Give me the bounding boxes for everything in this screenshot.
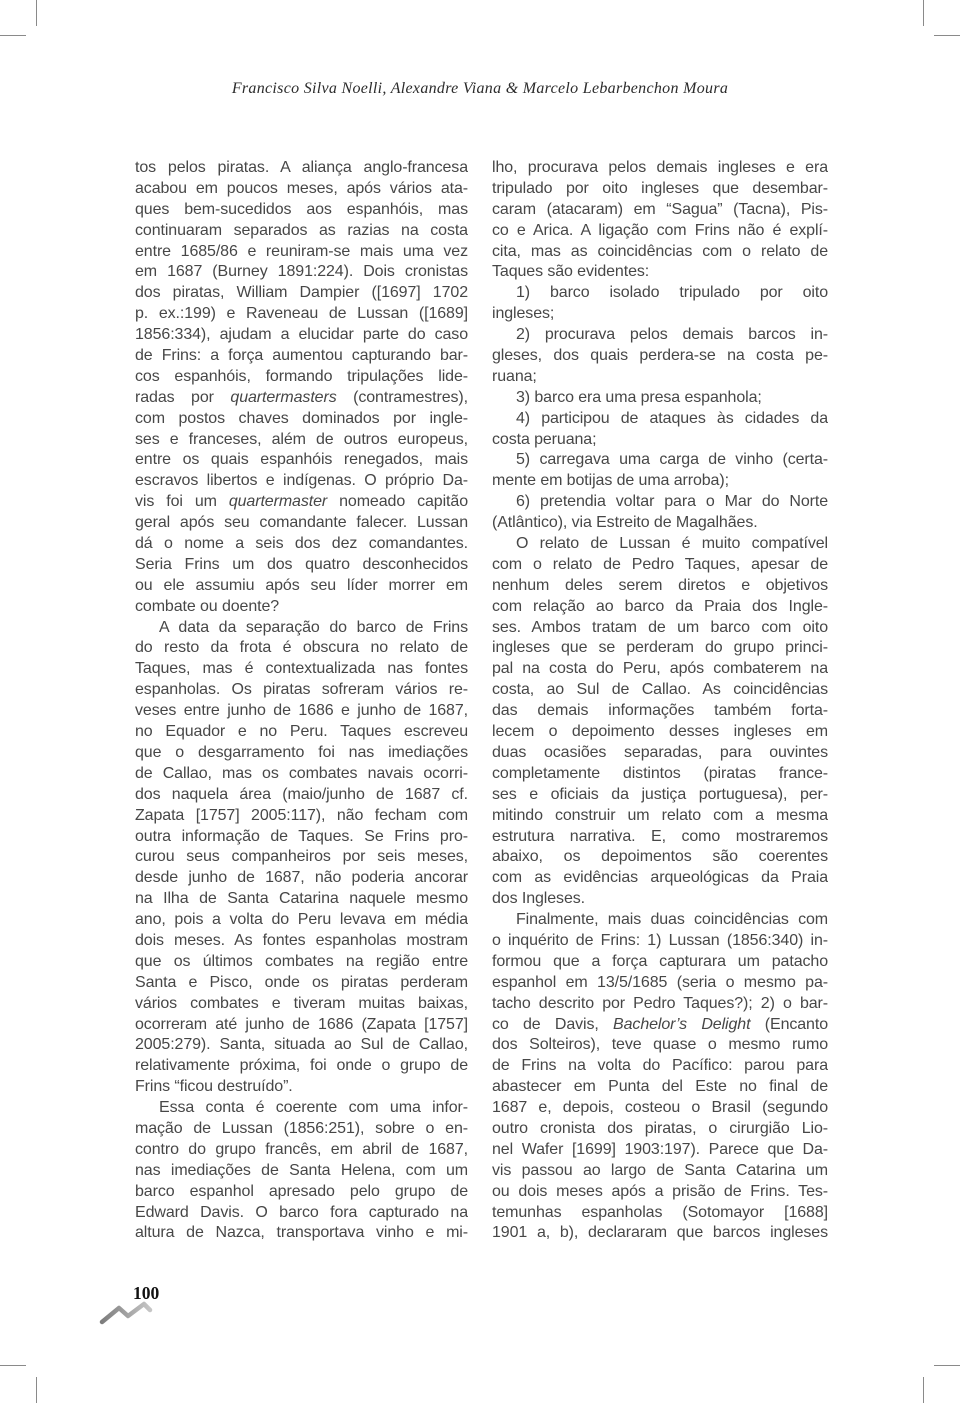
- text-line: estrutura narrativa. E, como mostraremos: [492, 827, 828, 848]
- text-line: relativamente próxima, foi onde o grupo …: [135, 1056, 468, 1077]
- text-line: continuaram separados as razias na costa: [135, 221, 468, 242]
- text-line: ou dois meses após a prisão de Frins. Te…: [492, 1182, 828, 1203]
- text-line: com o relato de Pedro Taques, apesar de: [492, 555, 828, 576]
- text-line: com as evidências arqueológicas da Praia: [492, 868, 828, 889]
- text-line: Essa conta é coerente com uma infor-: [135, 1098, 468, 1119]
- text-line: dá o nome a seis dos dez comandantes.: [135, 534, 468, 555]
- text-line: gleses, dos quais perdera-se na costa pe…: [492, 346, 828, 367]
- text-line: ingleses que se perderam do grupo princi…: [492, 638, 828, 659]
- text-line: costa peruana;: [492, 430, 828, 451]
- text-line: ou ele assumiu após seu líder morrer em: [135, 576, 468, 597]
- text-line: mitindo construir um relato com a mesma: [492, 806, 828, 827]
- crop-mark-top-left-horizontal: [0, 35, 26, 36]
- text-line: Taques, mas é contextualizada nas fontes: [135, 659, 468, 680]
- text-line: ques bem-sucedidos aos espanhóis, mas: [135, 200, 468, 221]
- text-line: ruana;: [492, 367, 828, 388]
- text-line: formou que a força capturara um patacho: [492, 952, 828, 973]
- text-line: desde junho de 1687, não poderia ancorar: [135, 868, 468, 889]
- text-line: completamente distintos (piratas france-: [492, 764, 828, 785]
- text-line: Edward Davis. O barco fora capturado na: [135, 1203, 468, 1224]
- crop-mark-top-right-vertical: [923, 0, 924, 26]
- text-line: dois meses. As fontes espanholas mostram: [135, 931, 468, 952]
- text-line: vários combates e tiveram muitas baixas,: [135, 994, 468, 1015]
- text-line: nas imediações de Santa Helena, com um: [135, 1161, 468, 1182]
- crop-mark-bottom-left-horizontal: [0, 1365, 26, 1366]
- text-line: Seria Frins um dos quatro desconhecidos: [135, 555, 468, 576]
- page-number: 100: [133, 1283, 159, 1304]
- text-line: que o desgarramento foi nas imediações: [135, 743, 468, 764]
- text-line: duas ocasiões separadas, para ouvintes: [492, 743, 828, 764]
- text-line: acabou em poucos meses, após vários ata-: [135, 179, 468, 200]
- text-line: curou seus companheiros por seis meses,: [135, 847, 468, 868]
- text-line: 1901 a, b), declararam que barcos ingles…: [492, 1223, 828, 1244]
- text-line: pal na costa do Peru, após combaterem na: [492, 659, 828, 680]
- text-line: escravos libertos e indígenas. O próprio…: [135, 471, 468, 492]
- text-line: vis foi um quartermaster nomeado capitão: [135, 492, 468, 513]
- text-line: abastecer em Punta del Este no final de: [492, 1077, 828, 1098]
- text-line: lecem o depoimento desses ingleses em: [492, 722, 828, 743]
- crop-mark-bottom-left-vertical: [36, 1377, 37, 1403]
- text-line: O relato de Lussan é muito compatível: [492, 534, 828, 555]
- text-line: co e Arica. A ligação com Frins não é ex…: [492, 221, 828, 242]
- crop-mark-bottom-right-horizontal: [934, 1365, 960, 1366]
- text-line: 1687 e, depois, costeou o Brasil (segund…: [492, 1098, 828, 1119]
- crop-mark-bottom-right-vertical: [923, 1377, 924, 1403]
- text-line: altura de Nazca, transportava vinho e mi…: [135, 1223, 468, 1244]
- text-line: o inquérito de Frins: 1) Lussan (1856:34…: [492, 931, 828, 952]
- text-line: 3) barco era uma presa espanhola;: [492, 388, 828, 409]
- text-line: dos naquela área (maio/junho de 1687 cf.: [135, 785, 468, 806]
- text-line: co de Davis, Bachelor’s Delight (Encanto: [492, 1015, 828, 1036]
- text-line: barco espanhol apresado pelo grupo de: [135, 1182, 468, 1203]
- text-line: mente em botijas de uma arroba);: [492, 471, 828, 492]
- text-line: ingleses;: [492, 304, 828, 325]
- text-line: dos piratas, William Dampier ([1697] 170…: [135, 283, 468, 304]
- text-line: Frins “ficou destruído”.: [135, 1077, 468, 1098]
- text-line: de Frins: a força aumentou capturando ba…: [135, 346, 468, 367]
- text-line: 4) participou de ataques às cidades da: [492, 409, 828, 430]
- text-line: Santa e Pisco, onde os piratas perderam: [135, 973, 468, 994]
- page: Francisco Silva Noelli, Alexandre Viana …: [0, 0, 960, 1403]
- text-line: vis passou ao largo de Santa Catarina um: [492, 1161, 828, 1182]
- text-line: p. ex.:199) e Raveneau de Lussan ([1689]: [135, 304, 468, 325]
- right-column: lho, procurava pelos demais ingleses e e…: [492, 158, 828, 1244]
- text-line: cita, mas as coincidências com o relato …: [492, 242, 828, 263]
- text-line: geral após seu comandante falecer. Lussa…: [135, 513, 468, 534]
- text-line: 2005:279). Santa, situada ao Sul de Call…: [135, 1035, 468, 1056]
- text-line: (Atlântico), via Estreito de Magalhães.: [492, 513, 828, 534]
- text-line: no Equador e no Peru. Taques escreveu: [135, 722, 468, 743]
- crop-mark-top-left-vertical: [36, 0, 37, 26]
- text-line: A data da separação do barco de Frins: [135, 618, 468, 639]
- text-line: 1856:334), ajudam a elucidar parte do ca…: [135, 325, 468, 346]
- text-line: 1) barco isolado tripulado por oito: [492, 283, 828, 304]
- text-line: tos pelos piratas. A aliança anglo-franc…: [135, 158, 468, 179]
- text-line: com relação ao barco da Praia dos Ingle-: [492, 597, 828, 618]
- text-line: com postos chaves dominados por ingle-: [135, 409, 468, 430]
- authors-header: Francisco Silva Noelli, Alexandre Viana …: [0, 80, 960, 98]
- crop-mark-top-right-horizontal: [934, 35, 960, 36]
- text-line: ocorreram até junho de 1686 (Zapata [175…: [135, 1015, 468, 1036]
- text-line: 6) pretendia voltar para o Mar do Norte: [492, 492, 828, 513]
- text-line: outro cronista dos piratas, o cirurgião …: [492, 1119, 828, 1140]
- text-line: Taques são evidentes:: [492, 262, 828, 283]
- text-line: na Ilha de Santa Catarina naquele mesmo: [135, 889, 468, 910]
- text-line: espanholas. Os piratas sofreram vários r…: [135, 680, 468, 701]
- text-line: do resto da frota é obscura no relato de: [135, 638, 468, 659]
- left-column: tos pelos piratas. A aliança anglo-franc…: [135, 158, 468, 1244]
- text-line: 5) carregava uma carga de vinho (certa-: [492, 450, 828, 471]
- text-line: cos espanhóis, formando tripulações lide…: [135, 367, 468, 388]
- text-line: entre os quais espanhóis renegados, mais: [135, 450, 468, 471]
- text-line: ses e oficiais da justiça portuguesa), p…: [492, 785, 828, 806]
- text-line: veses entre junho de 1686 e junho de 168…: [135, 701, 468, 722]
- text-line: mação de Lussan (1856:251), sobre o en-: [135, 1119, 468, 1140]
- text-line: caram (atacaram) em “Sagua” (Tacna), Pis…: [492, 200, 828, 221]
- pen-stroke-icon: [99, 1300, 161, 1328]
- text-line: combate ou doente?: [135, 597, 468, 618]
- text-line: Zapata [1757] 2005:117), não fecham com: [135, 806, 468, 827]
- text-line: temunhas espanholas (Sotomayor [1688]: [492, 1203, 828, 1224]
- text-line: outra informação de Taques. Se Frins pro…: [135, 827, 468, 848]
- text-line: de Frins na volta do Pacífico: parou par…: [492, 1056, 828, 1077]
- text-line: radas por quartermasters (contramestres)…: [135, 388, 468, 409]
- text-line: que os últimos combates na região entre: [135, 952, 468, 973]
- text-line: nel Wafer [1699] 1903:197). Parece que D…: [492, 1140, 828, 1161]
- text-line: Finalmente, mais duas coincidências com: [492, 910, 828, 931]
- text-line: 2) procurava pelos demais barcos in-: [492, 325, 828, 346]
- text-line: ano, pois a volta do Peru levava em médi…: [135, 910, 468, 931]
- text-line: contro do grupo francês, em abril de 168…: [135, 1140, 468, 1161]
- text-line: costa, ao Sul de Callao. As coincidência…: [492, 680, 828, 701]
- text-line: espanhol em 13/5/1685 (seria o mesmo pa-: [492, 973, 828, 994]
- text-line: tripulado por oito ingleses que desembar…: [492, 179, 828, 200]
- text-line: das demais informações também forta-: [492, 701, 828, 722]
- text-line: lho, procurava pelos demais ingleses e e…: [492, 158, 828, 179]
- text-line: entre 1685/86 e reuniram-se mais uma vez: [135, 242, 468, 263]
- text-line: abaixo, os depoimentos são coerentes: [492, 847, 828, 868]
- text-line: ses e franceses, além de outros europeus…: [135, 430, 468, 451]
- text-line: em 1687 (Burney 1891:224). Dois cronista…: [135, 262, 468, 283]
- text-line: dos Ingleses.: [492, 889, 828, 910]
- text-line: nenhum deles serem diretos e objetivos: [492, 576, 828, 597]
- text-line: tacho descrito por Pedro Taques?); 2) o …: [492, 994, 828, 1015]
- text-line: dos Solteiros), teve quase o mesmo rumo: [492, 1035, 828, 1056]
- text-line: de Callao, mas os combates navais ocorri…: [135, 764, 468, 785]
- text-line: ses. Ambos tratam de um barco com oito: [492, 618, 828, 639]
